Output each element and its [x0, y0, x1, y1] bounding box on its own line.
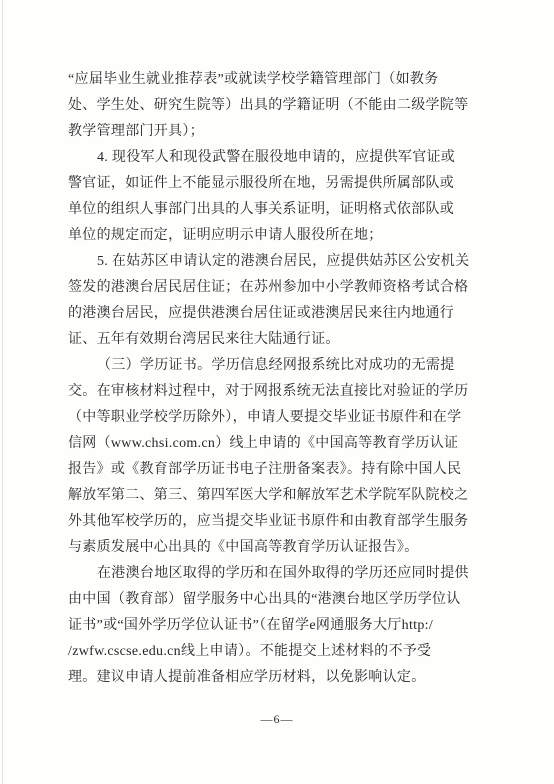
page-number: —6—	[0, 712, 554, 727]
text-line: 的港澳台居民，应提供港澳台居住证或港澳居民来往内地通行	[68, 301, 508, 327]
text-line: 由中国（教育部）留学服务中心出具的“港澳台地区学历学位认	[68, 587, 508, 613]
text-line: 单位的规定而定，证明应明示申请人服役所在地；	[68, 223, 508, 249]
text-line: 证书”或“国外学历学位认证书”（在留学e网通服务大厅http:/	[68, 613, 508, 639]
text-line: 在港澳台地区取得的学历和在国外取得的学历还应同时提供	[68, 561, 508, 587]
text-line: 警官证，如证件上不能显示服役所在地，另需提供所属部队或	[68, 171, 508, 197]
text-line: 理。建议申请人提前准备相应学历材料，以免影响认定。	[68, 665, 508, 691]
text-line: 单位的组织人事部门出具的人事关系证明，证明格式依部队或	[68, 197, 508, 223]
text-line: 外其他军校学历的，应当提交毕业证书原件和由教育部学生服务	[68, 509, 508, 535]
document-body-text: “应届毕业生就业推荐表”或就读学校学籍管理部门（如教务处、学生处、研究生院等）出…	[68, 67, 508, 691]
text-line: （中等职业学校学历除外），申请人要提交毕业证书原件和在学	[68, 405, 508, 431]
text-line: 解放军第二、第三、第四军医大学和解放军艺术学院军队院校之	[68, 483, 508, 509]
text-line: “应届毕业生就业推荐表”或就读学校学籍管理部门（如教务	[68, 67, 508, 93]
text-line: 交。在审核材料过程中，对于网报系统无法直接比对验证的学历	[68, 379, 508, 405]
text-line: /zwfw.cscse.edu.cn线上申请）。不能提交上述材料的不予受	[68, 639, 508, 665]
text-line: （三）学历证书。学历信息经网报系统比对成功的无需提	[68, 353, 508, 379]
text-line: 教学管理部门开具）；	[68, 119, 508, 145]
document-page: “应届毕业生就业推荐表”或就读学校学籍管理部门（如教务处、学生处、研究生院等）出…	[0, 0, 554, 784]
text-line: 与素质发展中心出具的《中国高等教育学历认证报告》。	[68, 535, 508, 561]
text-line: 5. 在姑苏区申请认定的港澳台居民，应提供姑苏区公安机关	[68, 249, 508, 275]
text-line: 4. 现役军人和现役武警在服役地申请的，应提供军官证或	[68, 145, 508, 171]
text-line: 处、学生处、研究生院等）出具的学籍证明（不能由二级学院等	[68, 93, 508, 119]
scan-edge-artifact	[2, 0, 3, 784]
text-line: 信网（www.chsi.com.cn）线上申请的《中国高等教育学历认证	[68, 431, 508, 457]
text-line: 报告》或《教育部学历证书电子注册备案表》。持有除中国人民	[68, 457, 508, 483]
text-line: 证、五年有效期台湾居民来往大陆通行证。	[68, 327, 508, 353]
text-line: 签发的港澳台居民居住证；在苏州参加中小学教师资格考试合格	[68, 275, 508, 301]
